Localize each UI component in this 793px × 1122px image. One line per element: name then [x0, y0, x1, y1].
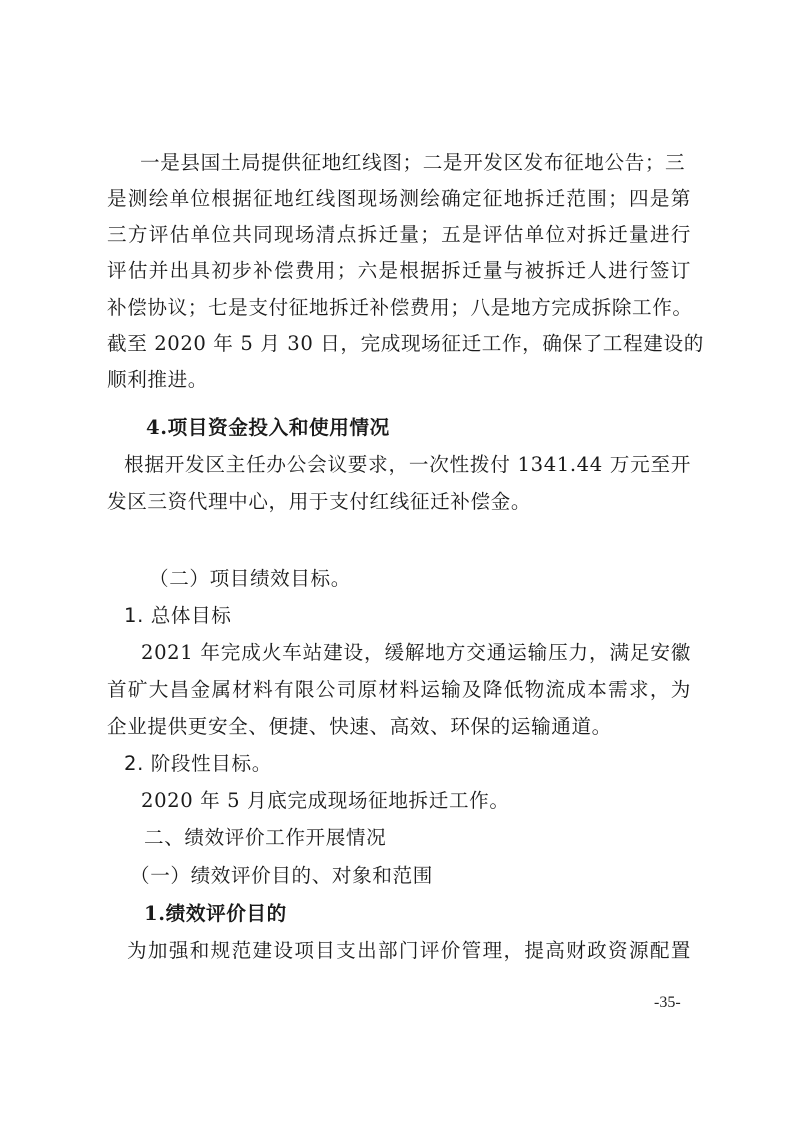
heading-stage-goal: 2. 阶段性目标。 [124, 752, 708, 776]
paragraph-steps-line-1: 一是县国土局提供征地红线图；二是开发区发布征地公告；三 [140, 151, 691, 175]
paragraph-steps-line-6: 截至 2020 年 5 月 30 日，完成现场征迁工作，确保了工程建设的 [107, 332, 691, 356]
paragraph-steps-line-4: 评估并出具初步补偿费用；六是根据拆迁量与被拆迁人进行签订 [107, 259, 691, 283]
heading-purpose: 1.绩效评价目的 [144, 902, 728, 926]
paragraph-overall-line-1: 2021 年完成火车站建设，缓解地方交通运输压力，满足安徽 [141, 641, 691, 665]
paragraph-steps-line-5: 补偿协议；七是支付征地拆迁补偿费用；八是地方完成拆除工作。 [107, 296, 691, 320]
paragraph-overall-line-3: 企业提供更安全、便捷、快速、高效、环保的运输通道。 [107, 715, 691, 739]
paragraph-funds-line-2: 发区三资代理中心，用于支付红线征迁补偿金。 [107, 490, 691, 514]
page-number: -35- [654, 994, 681, 1012]
paragraph-steps-line-7: 顺利推进。 [107, 368, 691, 392]
paragraph-steps-line-2: 是测绘单位根据征地红线图现场测绘确定征地拆迁范围；四是第 [107, 187, 691, 211]
heading-purpose-scope: （一）绩效评价目的、对象和范围 [130, 864, 714, 888]
heading-funds: 4.项目资金投入和使用情况 [146, 416, 730, 440]
heading-performance-goals: （二）项目绩效目标。 [149, 567, 733, 591]
heading-section-2: 二、绩效评价工作开展情况 [144, 826, 728, 850]
paragraph-steps-line-3: 三方评估单位共同现场清点拆迁量；五是评估单位对拆迁量进行 [107, 223, 691, 247]
paragraph-overall-line-2: 首矿大昌金属材料有限公司原材料运输及降低物流成本需求，为 [107, 678, 691, 702]
paragraph-stage: 2020 年 5 月底完成现场征地拆迁工作。 [141, 789, 725, 813]
heading-overall-goal: 1. 总体目标 [124, 604, 708, 628]
paragraph-funds-line-1: 根据开发区主任办公会议要求，一次性拨付 1341.44 万元至开 [124, 453, 691, 477]
paragraph-purpose: 为加强和规范建设项目支出部门评价管理，提高财政资源配置 [127, 939, 691, 963]
